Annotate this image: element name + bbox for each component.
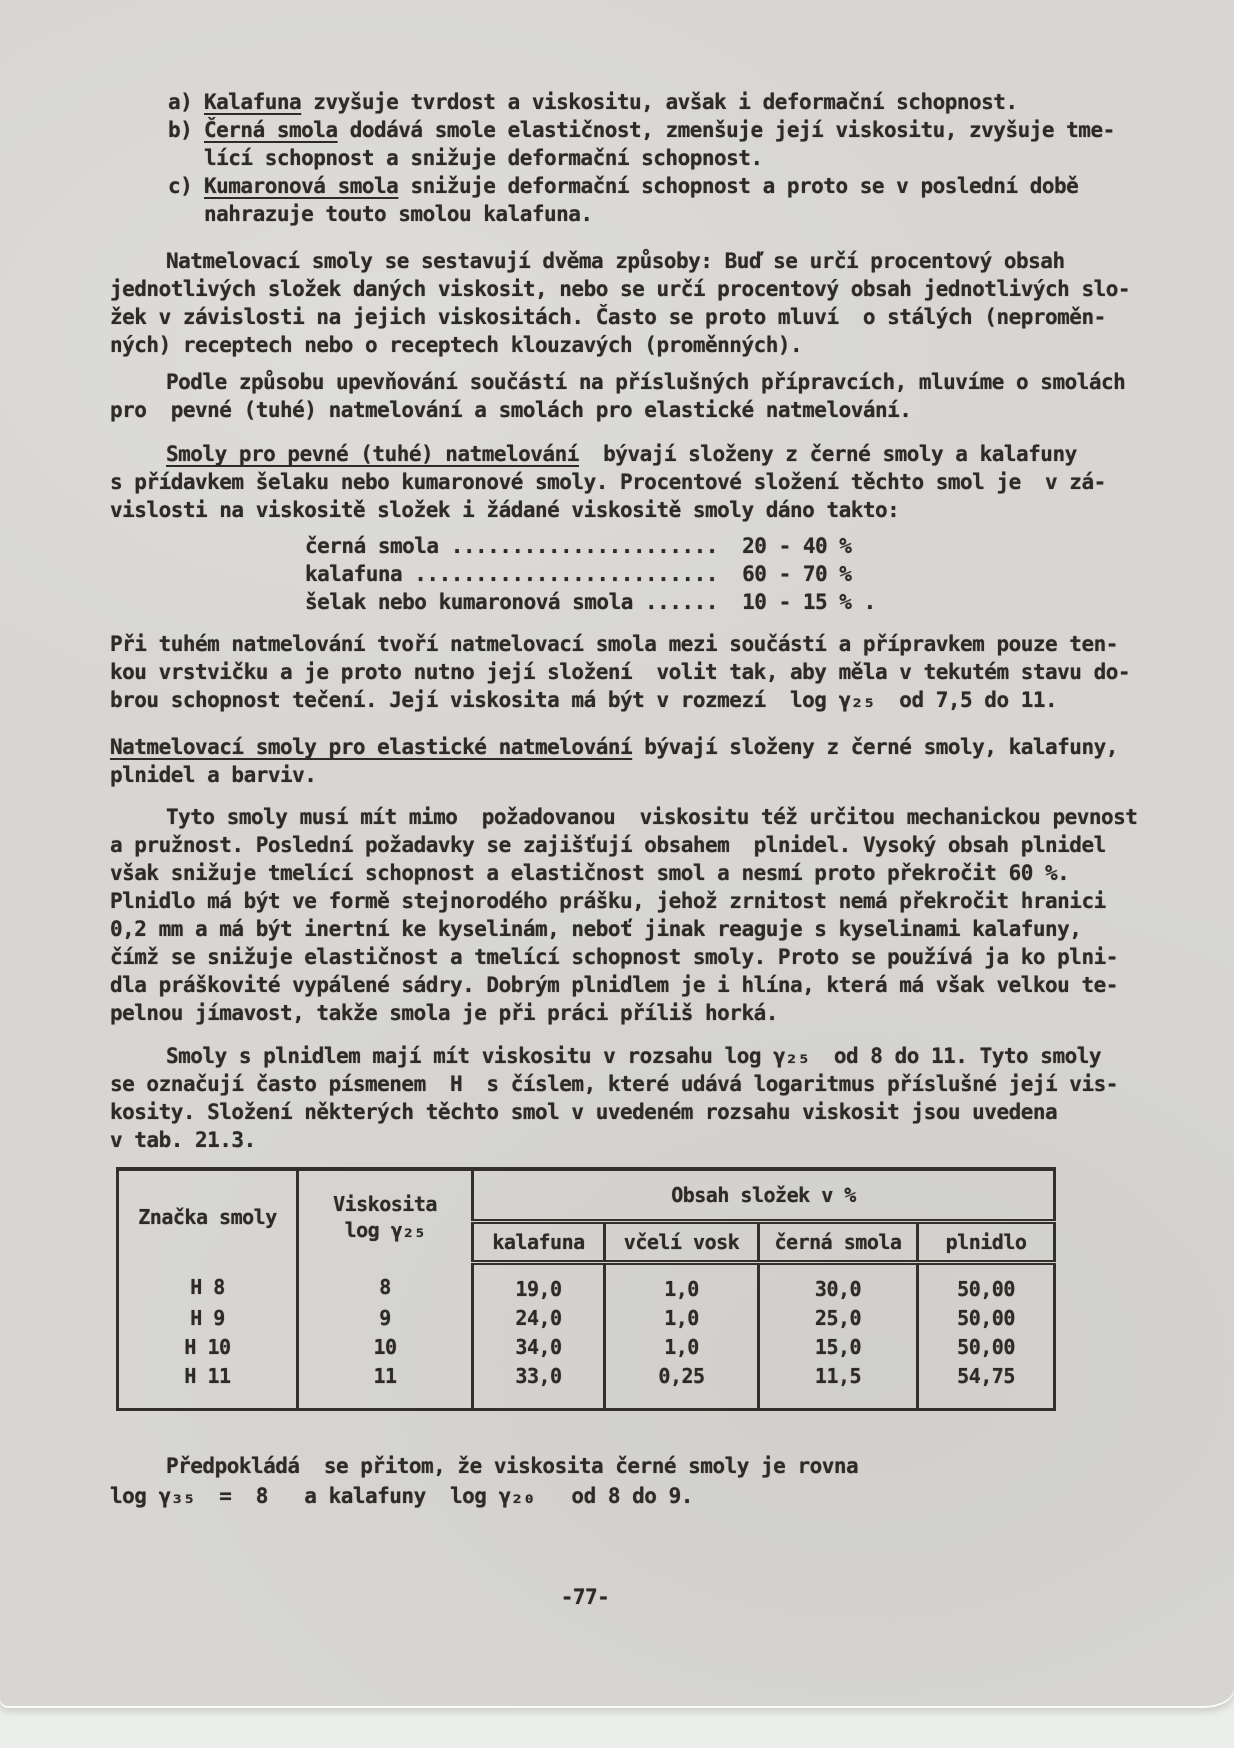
paragraph-assumption: Předpokládá se přitom, že viskosita čern… [110, 1451, 1140, 1511]
paragraph-two-methods: Natmelovací smoly se sestavují dvěma způ… [110, 247, 1140, 359]
table-cell: 25,0 [759, 1303, 918, 1332]
table-cell: 50,00 [918, 1263, 1055, 1304]
list-label: b) [168, 116, 204, 172]
page-number: -77- [561, 1585, 610, 1609]
table-cell: H 10 [118, 1332, 298, 1361]
list-item-a: a) Kalafuna zvyšuje tvrdost a viskositu,… [168, 88, 1140, 116]
table-row: H 10 10 34,0 1,0 15,0 50,00 [118, 1332, 1055, 1361]
col-header-viscosity: Viskosita log γ₂₅ [298, 1169, 473, 1263]
paragraph-rigid-resins: Smoly pro pevné (tuhé) natmelování bývaj… [110, 440, 1140, 524]
col-header-rosin: kalafuna [473, 1222, 605, 1263]
table-cell: H 11 [118, 1361, 298, 1410]
col-header-resin-mark: Značka smoly [118, 1169, 298, 1263]
list-label: a) [168, 88, 204, 116]
table-cell: 1,0 [605, 1303, 759, 1332]
table-cell: 34,0 [473, 1332, 605, 1361]
table-cell: H 9 [118, 1303, 298, 1332]
table-cell: 19,0 [473, 1263, 605, 1304]
col-header-content-span: Obsah složek v % [473, 1169, 1055, 1222]
scanned-document: a) Kalafuna zvyšuje tvrdost a viskositu,… [0, 0, 1234, 1748]
table-cell: 54,75 [918, 1361, 1055, 1410]
table-cell: 15,0 [759, 1332, 918, 1361]
list-text: Kalafuna zvyšuje tvrdost a viskositu, av… [204, 88, 1018, 116]
list-label: c) [168, 172, 204, 228]
table-cell: 1,0 [605, 1332, 759, 1361]
heading-elastic-resins: Natmelovací smoly pro elastické natmelov… [110, 735, 632, 759]
composition-line-rosin: kalafuna ......................... 60 - … [305, 560, 1140, 588]
paragraph-attachment-types: Podle způsobu upevňování součástí na pří… [110, 368, 1140, 424]
table-cell: 30,0 [759, 1263, 918, 1304]
table-cell: 1,0 [605, 1263, 759, 1304]
list-item-b: b) Černá smola dodává smole elastičnost,… [168, 116, 1140, 172]
col-header-black-pitch: černá smola [759, 1222, 918, 1263]
table-cell: 11,5 [759, 1361, 918, 1410]
table-cell: H 8 [118, 1263, 298, 1304]
composition-list: černá smola ...................... 20 - … [305, 532, 1140, 616]
document-page: a) Kalafuna zvyšuje tvrdost a viskositu,… [0, 0, 1234, 1706]
list-rest: zvyšuje tvrdost a viskositu, avšak i def… [301, 90, 1017, 114]
table-cell: 50,00 [918, 1303, 1055, 1332]
table-cell: 9 [298, 1303, 473, 1332]
list-term: Kumaronová smola [204, 174, 398, 198]
table-cell: 24,0 [473, 1303, 605, 1332]
composition-line-black-pitch: černá smola ...................... 20 - … [305, 532, 1140, 560]
paragraph-rigid-layer: Při tuhém natmelování tvoří natmelovací … [110, 630, 1140, 714]
table-cell: 50,00 [918, 1332, 1055, 1361]
list-item-c: c) Kumaronová smola snižuje deformační s… [168, 172, 1140, 228]
page-footer: -77- [110, 1583, 1060, 1611]
col-header-filler: plnidlo [918, 1222, 1055, 1263]
assumption-line-1: Předpokládá se přitom, že viskosita čern… [166, 1454, 858, 1478]
paragraph-h-designation: Smoly s plnidlem mají mít viskositu v ro… [110, 1042, 1140, 1154]
table-row: H 9 9 24,0 1,0 25,0 50,00 [118, 1303, 1055, 1332]
page-content: a) Kalafuna zvyšuje tvrdost a viskositu,… [110, 0, 1140, 1611]
composition-line-shellac: šelak nebo kumaronová smola ...... 10 - … [305, 588, 1140, 616]
list-term: Černá smola [204, 118, 338, 142]
paragraph-fillers: Tyto smoly musí mít mimo požadovanou vis… [110, 803, 1140, 1027]
paragraph-elastic-resins: Natmelovací smoly pro elastické natmelov… [110, 733, 1140, 789]
list-rest: dodává smole elastičnost, zmenšuje její … [204, 118, 1115, 170]
list-text: Kumaronová smola snižuje deformační scho… [204, 172, 1078, 228]
table-cell: 11 [298, 1361, 473, 1410]
table-row: H 11 11 33,0 0,25 11,5 54,75 [118, 1361, 1055, 1410]
list-text: Černá smola dodává smole elastičnost, zm… [204, 116, 1115, 172]
resin-composition-table: Značka smoly Viskosita log γ₂₅ Obsah slo… [116, 1167, 1056, 1411]
table-cell: 0,25 [605, 1361, 759, 1410]
table-cell: 8 [298, 1263, 473, 1304]
heading-rigid-resins: Smoly pro pevné (tuhé) natmelování [166, 442, 579, 466]
assumption-line-2: log γ₃₅ = 8 a kalafuny log γ₂₀ od 8 do 9… [110, 1484, 693, 1508]
col-header-beeswax: včelí vosk [605, 1222, 759, 1263]
list-term: Kalafuna [204, 90, 301, 114]
table-cell: 33,0 [473, 1361, 605, 1410]
table-cell: 10 [298, 1332, 473, 1361]
table-row: H 8 8 19,0 1,0 30,0 50,00 [118, 1263, 1055, 1304]
